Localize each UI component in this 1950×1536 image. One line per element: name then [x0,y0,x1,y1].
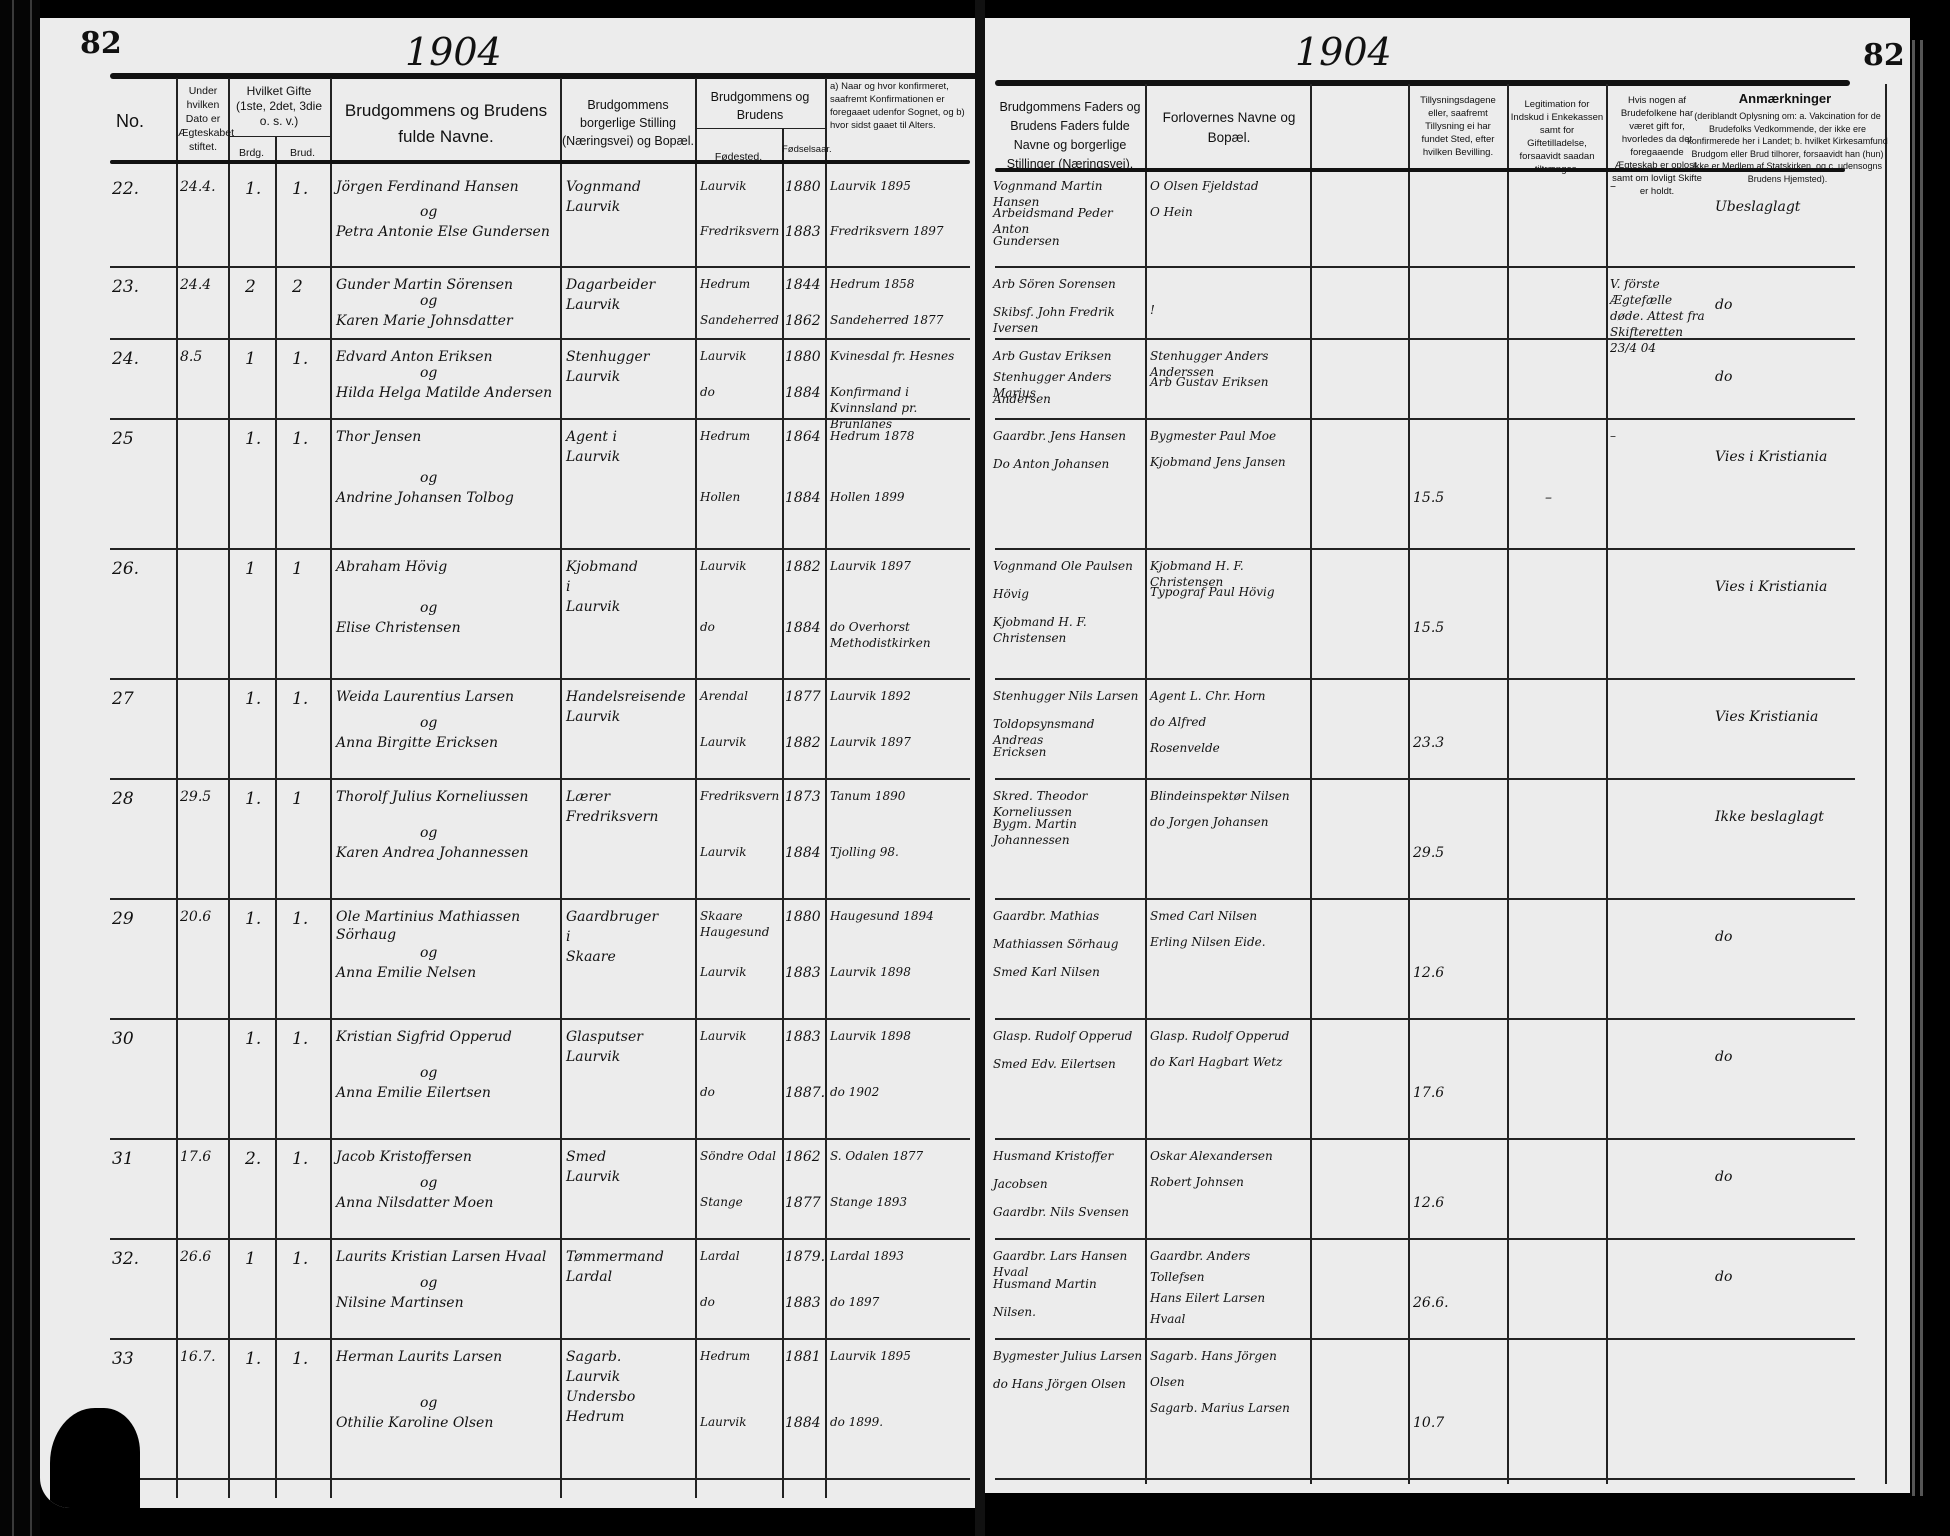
groom-birthyear: 1844 [785,276,821,294]
witness: Erling Nilsen Eide. [1150,934,1308,950]
fathers-names: Glasp. Rudolf Opperud [993,1028,1145,1044]
groom-marriage-count: 1. [245,428,261,450]
row-divider [110,266,970,268]
fathers-names: Nilsen. [993,1304,1145,1320]
groom-marriage-count: 1 [245,558,256,580]
witness: do Alfred [1150,714,1308,730]
groom-marriage-count: 1. [245,788,261,810]
groom-birthyear: 1880 [785,348,821,366]
groom-marriage-count: 1. [245,688,261,710]
fathers-names: Skibsf. John Fredrik Iversen [993,304,1145,336]
groom-marriage-count: 1. [245,1028,261,1050]
bride-marriage-count: 1. [292,428,308,450]
fathers-names: Stenhugger Nils Larsen [993,688,1145,704]
witness: Arb Gustav Eriksen [1150,374,1308,390]
year-left: 1904 [405,30,502,74]
groom-occupation: Dagarbeider [566,276,655,294]
col-divider [228,78,230,1498]
header-legitimation: Legitimation for Indskud i Enkekassen sa… [1510,98,1604,176]
groom-birthplace: Söndre Odal [700,1148,782,1164]
bride-name: Karen Andrea Johannessen [336,844,558,862]
left-page: 82 1904 No. Under hvilken Dato er Ægtesk… [40,18,975,1508]
groom-occupation: Laurvik [566,198,620,216]
groom-occupation: Laurvik [566,1368,620,1386]
bride-name: Othilie Karoline Olsen [336,1414,558,1432]
bride-confirmation: Laurvik 1898 [830,964,970,980]
banns-date: 15.5 [1413,619,1444,637]
groom-confirmation: Lardal 1893 [830,1248,970,1264]
groom-birthplace: Lardal [700,1248,782,1264]
witness: Bygmester Paul Moe [1150,428,1308,444]
header-date: Under hvilken Dato er Ægteskabet stiftet… [178,84,228,154]
remarks: do [1715,1268,1732,1286]
bride-name: Anna Birgitte Ericksen [336,734,558,752]
fathers-names: Smed Edv. Eilertsen [993,1056,1145,1072]
bride-birthyear: 1862 [785,312,821,330]
previous-marriage: – [1610,178,1705,194]
groom-name: Jacob Kristoffersen [336,1148,558,1166]
bride-marriage-count: 1. [292,348,308,370]
bride-birthyear: 1884 [785,844,821,862]
groom-confirmation: Hedrum 1858 [830,276,970,292]
witness: Agent L. Chr. Horn [1150,688,1308,704]
row-divider [995,418,1855,420]
groom-occupation: Lardal [566,1268,612,1286]
groom-birthyear: 1882 [785,558,821,576]
banns-date: 15.5 [1413,489,1444,507]
header-occupation: Brudgommens borgerlige Stilling (Nærings… [562,96,694,150]
conjunction: og [420,824,437,842]
conjunction: og [420,944,437,962]
witness: O Hein [1150,204,1308,220]
bride-birthplace: Laurvik [700,1414,782,1430]
entry-number: 30 [112,1028,134,1050]
groom-name: Kristian Sigfrid Opperud [336,1028,558,1046]
col-divider [330,78,332,1498]
groom-occupation: Kjobmand [566,558,638,576]
previous-marriage: V. förste Ægtefælle døde. Attest fra Ski… [1610,276,1705,356]
banns-date: 12.6 [1413,964,1444,982]
bride-marriage-count: 1. [292,908,308,930]
groom-birthyear: 1881 [785,1348,821,1366]
col-divider [782,128,784,1498]
fathers-names: do Hans Jörgen Olsen [993,1376,1145,1392]
groom-occupation: Undersbo [566,1388,635,1406]
row-divider [110,1018,970,1020]
bride-name: Anna Emilie Nelsen [336,964,558,982]
groom-marriage-count: 1 [245,1248,256,1270]
groom-occupation: Stenhugger [566,348,649,366]
conjunction: og [420,1174,437,1192]
witness: Hvaal [1150,1311,1308,1327]
row-divider [995,1238,1855,1240]
marriage-date: 26.6 [180,1248,211,1266]
groom-marriage-count: 2. [245,1148,261,1170]
row-divider [110,1478,970,1480]
remarks: do [1715,1168,1732,1186]
header-no: No. [100,108,160,134]
groom-occupation: Glasputser [566,1028,643,1046]
header-banns: Tillysningsdagene eller, saafremt Tillys… [1411,94,1505,159]
header-names: Brudgommens og Brudens fulde Navne. [335,98,557,150]
marriage-date: 16.7. [180,1348,216,1366]
conjunction: og [420,714,437,732]
row-divider [995,678,1855,680]
bride-marriage-count: 1. [292,178,308,200]
entry-number: 24. [112,348,139,370]
entry-number: 27 [112,688,134,710]
groom-birthyear: 1880 [785,178,821,196]
bride-marriage-count: 1 [292,788,303,810]
bride-birthplace: Sandeherred [700,312,782,328]
bride-name: Karen Marie Johnsdatter [336,312,558,330]
witness: Hans Eilert Larsen [1150,1290,1308,1306]
bride-birthplace: Laurvik [700,734,782,750]
bride-birthplace: Fredriksvern [700,223,782,239]
marriage-date: 17.6 [180,1148,211,1166]
groom-birthplace: Laurvik [700,348,782,364]
witness: Sagarb. Hans Jörgen [1150,1348,1308,1364]
bride-confirmation: Konfirmand i Kvinnsland pr. Brunlanes [830,384,970,432]
groom-confirmation: S. Odalen 1877 [830,1148,970,1164]
groom-occupation: Gaardbruger [566,908,658,926]
groom-birthplace: Laurvik [700,558,782,574]
bride-confirmation: Sandeherred 1877 [830,312,970,328]
bride-birthyear: 1883 [785,1294,821,1312]
witness: Kjobmand Jens Jansen [1150,454,1308,470]
marriage-date: 8.5 [180,348,202,366]
right-page: 1904 82 Brudgommens Faders og Brudens Fa… [985,18,1910,1493]
bride-name: Anna Nilsdatter Moen [336,1194,558,1212]
groom-occupation: Laurvik [566,1048,620,1066]
row-divider [995,1018,1855,1020]
bride-birthplace: do [700,1294,782,1310]
witness: Smed Carl Nilsen [1150,908,1308,924]
row-divider [995,1478,1855,1480]
header-birthyear: Fødselsaar. [782,144,825,156]
entry-number: 25 [112,428,134,450]
conjunction: og [420,599,437,617]
bride-confirmation: Laurvik 1897 [830,734,970,750]
groom-marriage-count: 1 [245,348,256,370]
fathers-names: Husmand Martin [993,1276,1145,1292]
remarks: do [1715,368,1732,386]
witness: Typograf Paul Hövig [1150,584,1308,600]
header-remarks-title: Anmærkninger [1685,92,1885,105]
entry-number: 29 [112,908,134,930]
conjunction: og [420,1394,437,1412]
bride-birthyear: 1883 [785,223,821,241]
fathers-names: Bygmester Julius Larsen [993,1348,1145,1364]
header-remarks-text: (deriblandt Oplysning om: a. Vakcination… [1685,110,1890,185]
groom-occupation: Laurvik [566,448,620,466]
bride-confirmation: Stange 1893 [830,1194,970,1210]
binding-right [1910,0,1950,1536]
groom-birthyear: 1877 [785,688,821,706]
fathers-names: Husmand Kristoffer [993,1148,1145,1164]
groom-occupation: Hedrum [566,1408,624,1426]
bride-marriage-count: 1. [292,1248,308,1270]
witness: Olsen [1150,1374,1308,1390]
groom-occupation: Laurvik [566,708,620,726]
bride-name: Hilda Helga Matilde Andersen [336,384,558,402]
groom-name: Gunder Martin Sörensen [336,276,558,294]
banns-date: 29.5 [1413,844,1444,862]
groom-name: Edvard Anton Eriksen [336,348,558,366]
row-divider [110,418,970,420]
fathers-names: Smed Karl Nilsen [993,964,1145,980]
page-number-right: 82 [1863,38,1905,73]
bride-marriage-count: 1. [292,688,308,710]
groom-occupation: i [566,578,570,596]
header-fathers: Brudgommens Faders og Brudens Faders ful… [995,98,1145,174]
col-divider [275,136,277,1498]
groom-marriage-count: 1. [245,908,261,930]
witness: do Karl Hagbart Wetz [1150,1054,1308,1070]
header-witnesses: Forlovernes Navne og Bopæl. [1150,108,1308,148]
groom-occupation: Laurvik [566,296,620,314]
row-divider [995,1138,1855,1140]
row-divider [110,338,970,340]
bride-confirmation: do 1902 [830,1084,970,1100]
book-spine [975,0,985,1536]
groom-occupation: Agent i [566,428,617,446]
bride-birthyear: 1884 [785,489,821,507]
groom-confirmation: Laurvik 1898 [830,1028,970,1044]
witness: Glasp. Rudolf Opperud [1150,1028,1308,1044]
groom-confirmation: Laurvik 1895 [830,1348,970,1364]
groom-occupation: Laurvik [566,598,620,616]
bride-birthplace: Laurvik [700,844,782,860]
bride-marriage-count: 1 [292,558,303,580]
bride-birthplace: Stange [700,1194,782,1210]
witness: Blindeinspektør Nilsen [1150,788,1308,804]
groom-occupation: Sagarb. [566,1348,621,1366]
row-divider [995,778,1855,780]
bride-birthplace: do [700,384,782,400]
groom-name: Ole Martinius Mathiassen Sörhaug [336,908,558,944]
bride-birthyear: 1884 [785,619,821,637]
row-divider [995,266,1855,268]
remarks: do [1715,1048,1732,1066]
banns-date: 23.3 [1413,734,1444,752]
banns-date: 17.6 [1413,1084,1444,1102]
bride-confirmation: do Overhorst Methodistkirken [830,619,970,651]
conjunction: og [420,1064,437,1082]
witness: Oskar Alexandersen [1150,1148,1308,1164]
conjunction: og [420,1274,437,1292]
marriage-date: 24.4. [180,178,216,196]
groom-confirmation: Hedrum 1878 [830,428,970,444]
witness: Rosenvelde [1150,740,1308,756]
groom-birthyear: 1864 [785,428,821,446]
header-confirmation: a) Naar og hvor konfirmeret, saafremt Ko… [830,80,970,132]
groom-confirmation: Haugesund 1894 [830,908,970,924]
entry-number: 26. [112,558,139,580]
groom-birthplace: Hedrum [700,1348,782,1364]
witness: ! [1150,302,1308,318]
conjunction: og [420,364,437,382]
fathers-names: Gaardbr. Jens Hansen [993,428,1145,444]
witness: O Olsen Fjeldstad [1150,178,1308,194]
fathers-names: Gundersen [993,233,1145,249]
bride-confirmation: do 1899. [830,1414,970,1430]
marriage-date: 24.4 [180,276,211,294]
fathers-names: Ericksen [993,744,1145,760]
fathers-names: Vognmand Ole Paulsen [993,558,1145,574]
bride-marriage-count: 1. [292,1148,308,1170]
bride-name: Andrine Johansen Tolbog [336,489,558,507]
remarks: Vies i Kristiania [1715,448,1827,466]
bride-birthyear: 1882 [785,734,821,752]
groom-birthplace: Hedrum [700,276,782,292]
row-divider [110,1138,970,1140]
row-divider [995,338,1855,340]
header-rule [995,80,1850,86]
marriage-date: 29.5 [180,788,211,806]
bride-confirmation: Hollen 1899 [830,489,970,505]
groom-name: Thorolf Julius Korneliussen [336,788,558,806]
fathers-names: Arb Sören Sorensen [993,276,1145,292]
groom-marriage-count: 1. [245,1348,261,1370]
bride-name: Elise Christensen [336,619,558,637]
bride-marriage-count: 1. [292,1028,308,1050]
groom-birthyear: 1873 [785,788,821,806]
bride-name: Nilsine Martinsen [336,1294,558,1312]
groom-occupation: Fredriksvern [566,808,658,826]
bride-birthplace: do [700,619,782,635]
fathers-names: Gaardbr. Mathias [993,908,1145,924]
groom-name: Thor Jensen [336,428,558,446]
witness: Robert Johnsen [1150,1174,1308,1190]
conjunction: og [420,469,437,487]
groom-name: Weida Laurentius Larsen [336,688,558,706]
witness: Tollefsen [1150,1269,1308,1285]
bride-birthplace: Hollen [700,489,782,505]
fathers-names: Mathiassen Sörhaug [993,936,1145,952]
bride-birthyear: 1884 [785,384,821,402]
bride-birthplace: do [700,1084,782,1100]
groom-birthyear: 1883 [785,1028,821,1046]
groom-birthplace: Fredriksvern [700,788,782,804]
groom-birthplace: Laurvik [700,178,782,194]
bride-marriage-count: 1. [292,1348,308,1370]
year-right: 1904 [1295,30,1392,74]
legitimation: – [1545,489,1552,507]
page-damage [50,1408,140,1508]
col-divider [695,78,697,1498]
previous-marriage: – [1610,428,1705,444]
bride-name: Petra Antonie Else Gundersen [336,223,558,241]
bride-birthyear: 1884 [785,1414,821,1432]
groom-confirmation: Tanum 1890 [830,788,970,804]
remarks: Vies i Kristiania [1715,578,1827,596]
fathers-names: Do Anton Johansen [993,456,1145,472]
row-divider [110,1238,970,1240]
bride-birthyear: 1883 [785,964,821,982]
col-divider [176,78,178,1498]
bride-marriage-count: 2 [292,276,303,298]
header-birth-group: Brudgommens og Brudens [697,88,823,124]
groom-confirmation: Laurvik 1895 [830,178,970,194]
conjunction: og [420,292,437,310]
bride-birthplace: Laurvik [700,964,782,980]
bride-birthyear: 1877 [785,1194,821,1212]
groom-confirmation: Laurvik 1897 [830,558,970,574]
fathers-names: Arb Gustav Eriksen [993,348,1145,364]
row-divider [995,898,1855,900]
groom-confirmation: Laurvik 1892 [830,688,970,704]
groom-occupation: Vognmand [566,178,641,196]
groom-birthyear: 1880 [785,908,821,926]
header-groom-short: Brdg. [228,146,275,160]
groom-occupation: Handelsreisende [566,688,686,706]
groom-birthplace: Hedrum [700,428,782,444]
binding-left [0,0,40,1536]
witness: Gaardbr. Anders [1150,1248,1308,1264]
groom-occupation: Tømmermand [566,1248,664,1266]
groom-occupation: Lærer [566,788,610,806]
bride-birthyear: 1887. [785,1084,825,1102]
groom-marriage-count: 1. [245,178,261,200]
fathers-names: Bygm. Martin Johannessen [993,816,1145,848]
groom-name: Abraham Hövig [336,558,558,576]
fathers-names: Gaardbr. Nils Svensen [993,1204,1145,1220]
row-divider [110,1338,970,1340]
banns-date: 12.6 [1413,1194,1444,1212]
entry-number: 31 [112,1148,134,1170]
row-divider [995,1338,1855,1340]
fathers-names: Jacobsen [993,1176,1145,1192]
groom-birthplace: Skaare Haugesund [700,908,782,940]
banns-date: 26.6. [1413,1294,1449,1312]
remarks: do [1715,296,1732,314]
entry-number: 22. [112,178,139,200]
entry-number: 33 [112,1348,134,1370]
groom-occupation: Skaare [566,948,616,966]
conjunction: og [420,203,437,221]
bride-confirmation: do 1897 [830,1294,970,1310]
header-which-marriage: Hvilket Gifte (1ste, 2det, 3die o. s. v.… [230,84,328,129]
row-divider [110,898,970,900]
header-bride-short: Brud. [275,146,330,160]
bride-confirmation: Fredriksvern 1897 [830,223,970,239]
groom-occupation: Laurvik [566,1168,620,1186]
groom-name: Jörgen Ferdinand Hansen [336,178,558,196]
col-divider [560,78,562,1498]
remarks: Ikke beslaglagt [1715,808,1824,826]
marriage-date: 20.6 [180,908,211,926]
groom-occupation: Smed [566,1148,606,1166]
remarks: Ubeslaglagt [1715,198,1800,216]
bride-name: Anna Emilie Eilertsen [336,1084,558,1102]
row-divider [995,548,1855,550]
entry-number: 23. [112,276,139,298]
header-rule [110,73,975,79]
col-divider [825,78,827,1498]
groom-confirmation: Kvinesdal fr. Hesnes [830,348,970,364]
groom-birthyear: 1862 [785,1148,821,1166]
groom-occupation: Laurvik [566,368,620,386]
remarks: Vies Kristiania [1715,708,1818,726]
entry-number: 32. [112,1248,139,1270]
groom-birthplace: Laurvik [700,1028,782,1044]
entry-number: 28 [112,788,134,810]
banns-date: 10.7 [1413,1414,1444,1432]
fathers-names: Kjobmand H. F. Christensen [993,614,1145,646]
groom-marriage-count: 2 [245,276,256,298]
row-divider [110,548,970,550]
